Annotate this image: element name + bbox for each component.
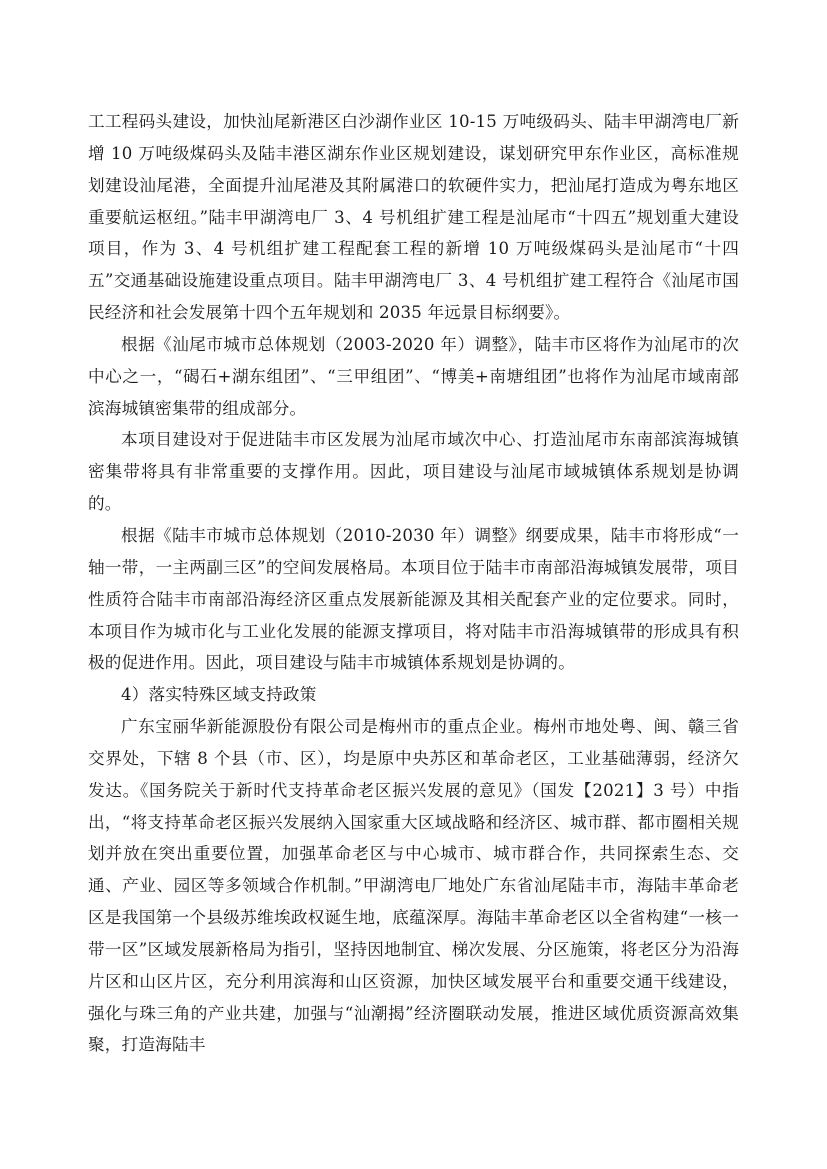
paragraph-project-support-role: 本项目建设对于促进陆丰市区发展为汕尾市域次中心、打造汕尾市东南部滨海城镇密集带将…: [88, 424, 739, 520]
paragraph-port-planning: 工工程码头建设，加快汕尾新港区白沙湖作业区 10-15 万吨级码头、陆丰甲湖湾电…: [88, 106, 739, 329]
paragraph-revolutionary-area-policy: 广东宝丽华新能源股份有限公司是梅州市的重点企业。梅州市地处粤、闽、赣三省交界处，…: [88, 711, 739, 1061]
paragraph-lufeng-master-plan: 根据《陆丰市城市总体规划（2010-2030 年）调整》纲要成果，陆丰市将形成“…: [88, 520, 739, 679]
paragraph-shanwei-master-plan: 根据《汕尾市城市总体规划（2003-2020 年）调整》，陆丰市区将作为汕尾市的…: [88, 329, 739, 425]
section-heading: 4）落实特殊区域支持政策: [88, 679, 739, 711]
document-page: 工工程码头建设，加快汕尾新港区白沙湖作业区 10-15 万吨级码头、陆丰甲湖湾电…: [88, 106, 739, 1061]
